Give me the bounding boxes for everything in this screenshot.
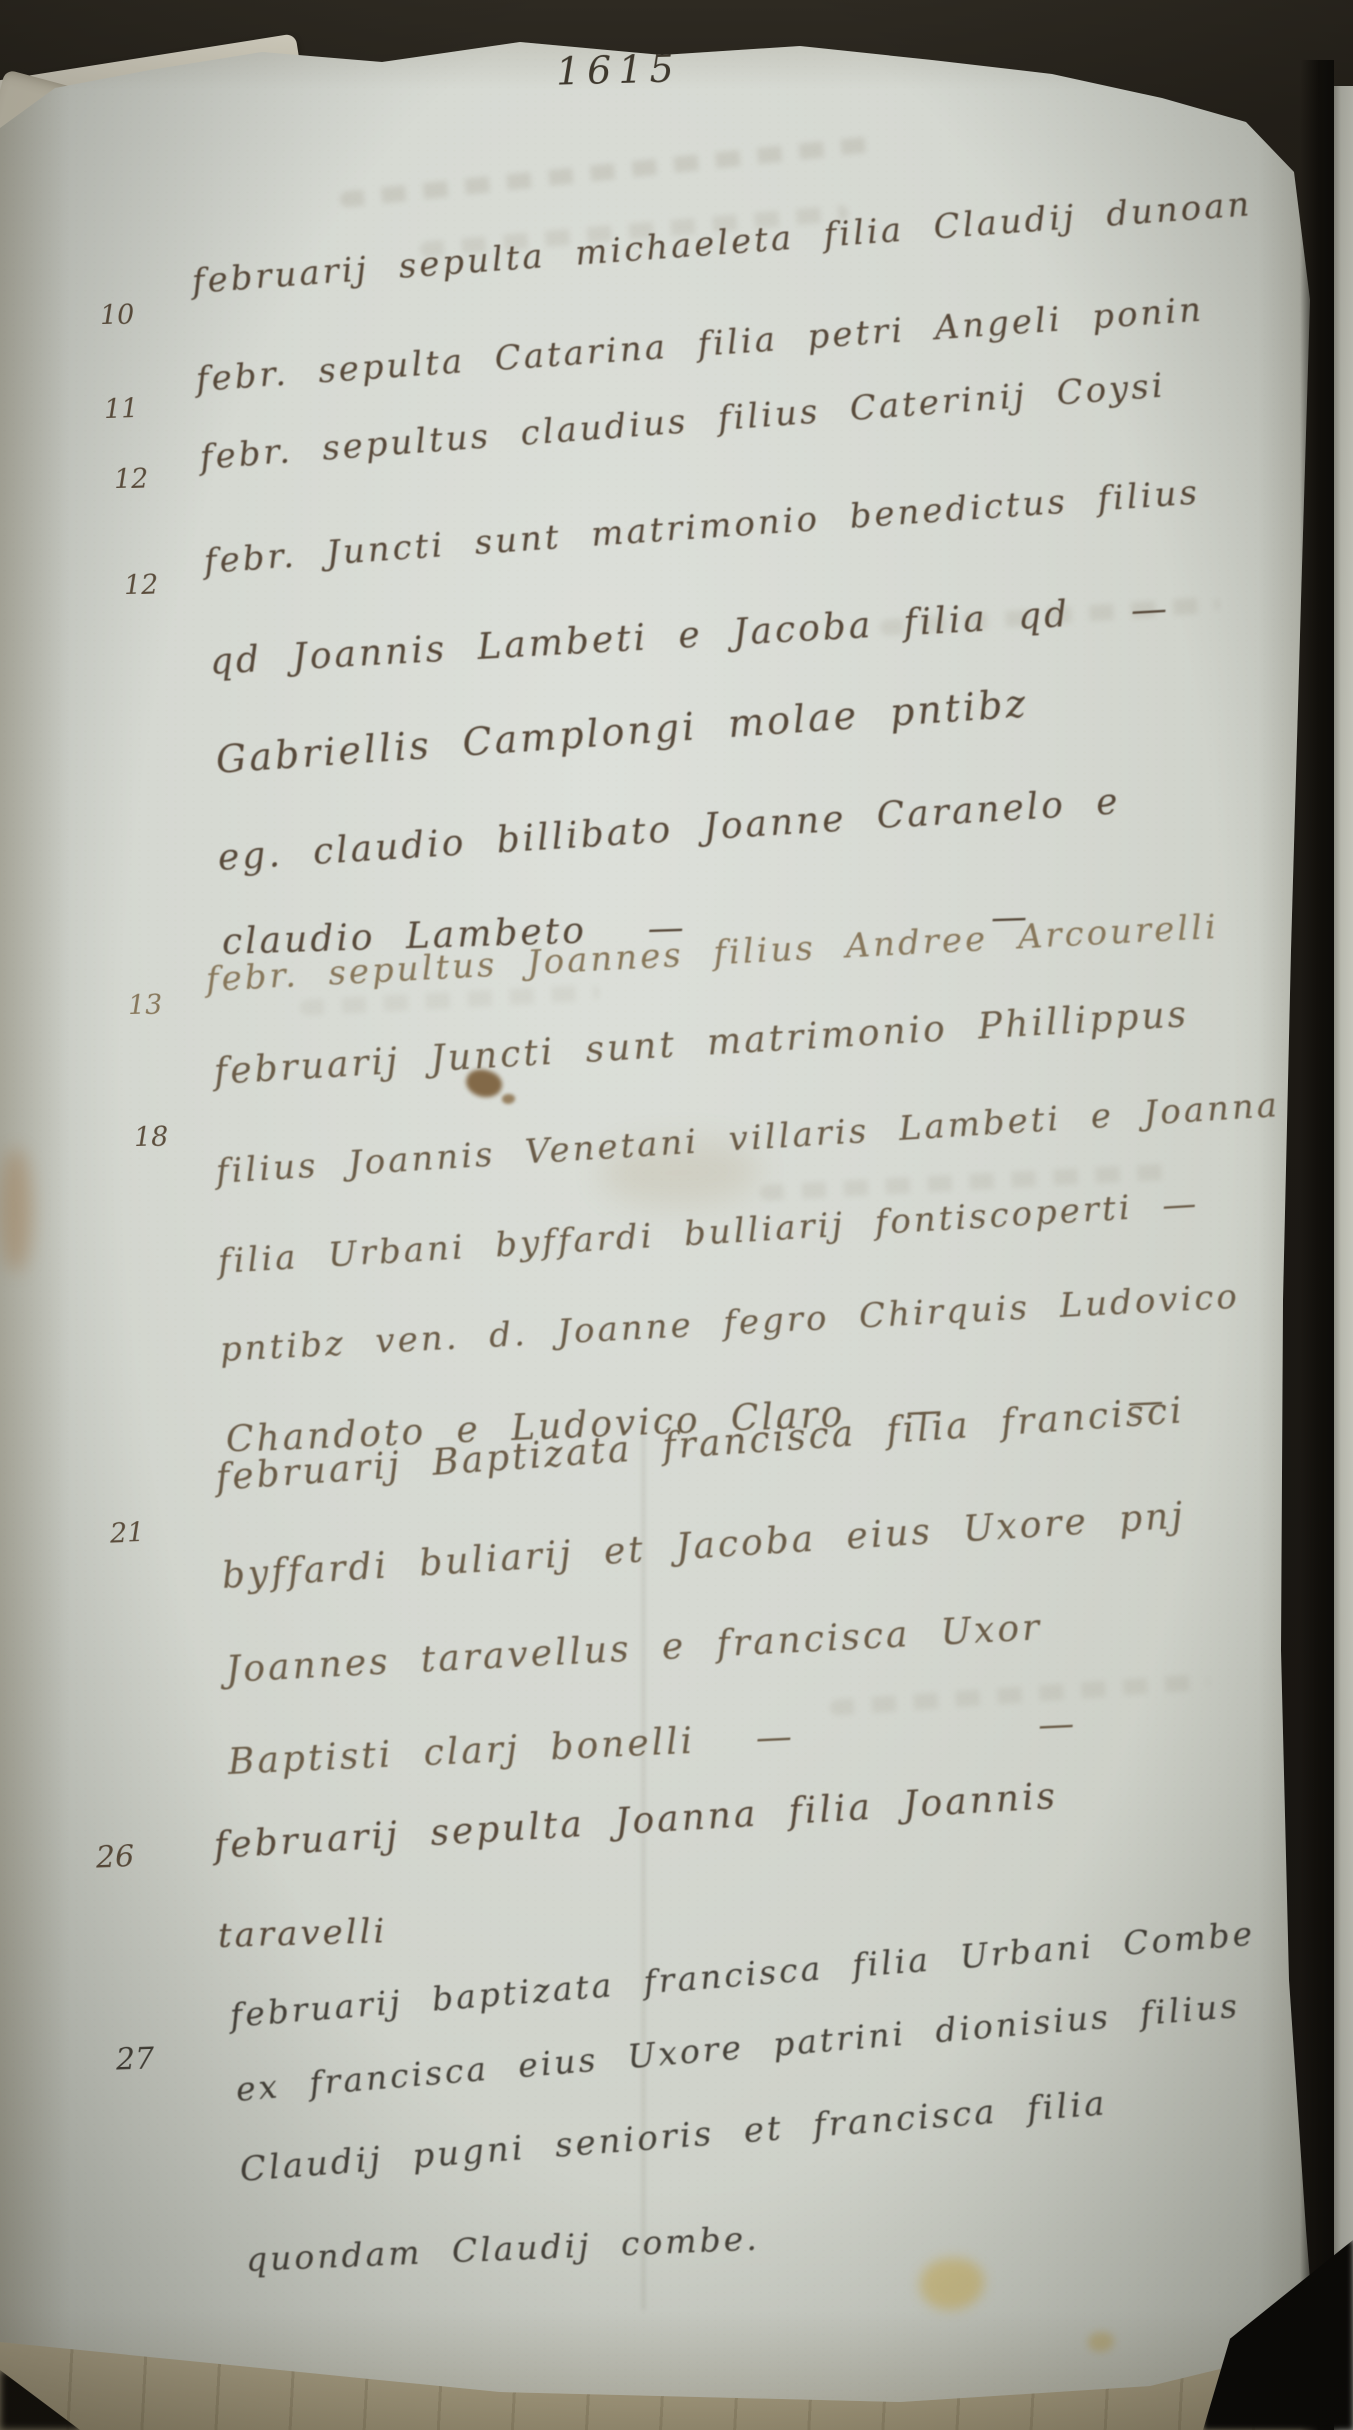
register-entry: 27 februarij baptizata francisca filia U…	[0, 0, 1353, 2430]
manuscript-photo: 1615 10 februarij sepulta michaeleta fil…	[0, 0, 1353, 2430]
manuscript-paper: 1615 10 februarij sepulta michaeleta fil…	[0, 0, 1353, 2430]
next-page-edge	[1331, 86, 1353, 2430]
entry-line: quondam Claudij combe.	[245, 2218, 760, 2278]
page-gap-shadow	[1300, 60, 1334, 2430]
entry-day-number: 27	[115, 2041, 154, 2077]
entry-line: Claudij pugni senioris et francisca fili…	[238, 2083, 1108, 2190]
